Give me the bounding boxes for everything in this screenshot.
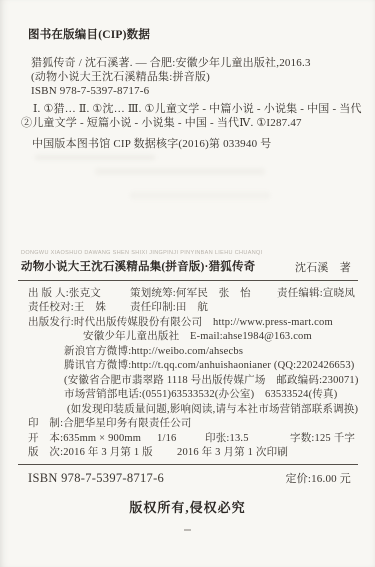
publisher-credit: 出 版 人:张克文	[28, 287, 101, 300]
series-title: 动物小说大王沈石溪精品集(拼音版)·猎狐传奇	[21, 261, 255, 274]
cip-series-line: (动物小说大王沈石溪精品集:拼音版)	[31, 71, 210, 84]
author-name: 沈石溪 著	[295, 262, 351, 275]
cip-isbn-line: ISBN 978-7-5397-8717-6	[31, 85, 149, 98]
edition-line: 版 次:2016 年 3 月第 1 版	[28, 446, 153, 459]
impression-line: 2016 年 3 月第 1 次印刷	[177, 446, 288, 459]
cip-title-line: 猎狐传奇 / 沈石溪著. — 合肥:安徽少年儿童出版社,2016.3	[31, 57, 311, 70]
planning-credit: 策划统筹:何军民 张 怡	[130, 287, 251, 300]
address-line: (安徽省合肥市翡翠路 1118 号出版传媒广场 邮政编码:230071)	[64, 374, 359, 387]
price: 定价:16.00 元	[285, 473, 351, 486]
distribution-line: 出版发行:时代出版传媒股份有限公司 http://www.press-mart.…	[28, 316, 333, 329]
copyright-page: 图书在版编目(CIP)数据 猎狐传奇 / 沈石溪著. — 合肥:安徽少年儿童出版…	[0, 0, 375, 567]
dash-artifact	[184, 529, 191, 531]
sheet-count: 印张:13.5	[205, 432, 249, 445]
bleed-through-artifact	[130, 192, 270, 199]
tencent-weibo-line: 腾讯官方微博:http://t.qq.com/anhuishaonianer (…	[64, 359, 354, 372]
cip-registry-line: 中国版本图书馆 CIP 数据核字(2016)第 033940 号	[32, 138, 271, 151]
isbn-number: ISBN 978-7-5397-8717-6	[28, 472, 164, 485]
format-label: 开 本:635mm × 900mm	[28, 432, 141, 445]
print-supervisor-credit: 责任印制:田 航	[130, 301, 208, 314]
copyright-notice: 版权所有,侵权必究	[0, 501, 375, 514]
quality-note-line: (如发现印装质量问题,影响阅读,请与本社市场营销部联系调换)	[67, 403, 358, 416]
word-count: 字数:125 千字	[290, 432, 355, 445]
format-ratio: 1/16	[157, 432, 176, 445]
bleed-through-artifact	[95, 168, 265, 175]
phone-line: 市场营销部电话:(0551)63533532(办公室) 63533524(传真)	[64, 388, 337, 401]
sina-weibo-line: 新浪官方微博:http://weibo.com/ahsecbs	[64, 345, 243, 358]
proofreader-credit: 责任校对:王 姝	[28, 301, 106, 314]
divider-top	[18, 280, 358, 281]
printer-line: 印 制:合肥华星印务有限责任公司	[28, 417, 192, 430]
editor-credit: 责任编辑:宣晓凤	[277, 287, 355, 300]
bleed-through-artifact	[35, 155, 155, 160]
cip-class-line-1: Ⅰ. ①猎… Ⅱ. ①沈… Ⅲ. ①儿童文学 - 中篇小说 - 小说集 - 中国…	[33, 103, 362, 116]
series-pinyin: DONGWU XIAOSHUO DAWANG SHEN SHIXI JINGPI…	[21, 250, 263, 256]
cip-class-line-2: ②儿童文学 - 短篇小说 - 小说集 - 中国 - 当代Ⅳ. ①I287.47	[21, 117, 302, 130]
press-email-line: 安徽少年儿童出版社 E-mail:ahse1984@163.com	[83, 330, 312, 343]
cip-heading: 图书在版编目(CIP)数据	[28, 29, 150, 42]
divider-bottom	[18, 464, 358, 465]
